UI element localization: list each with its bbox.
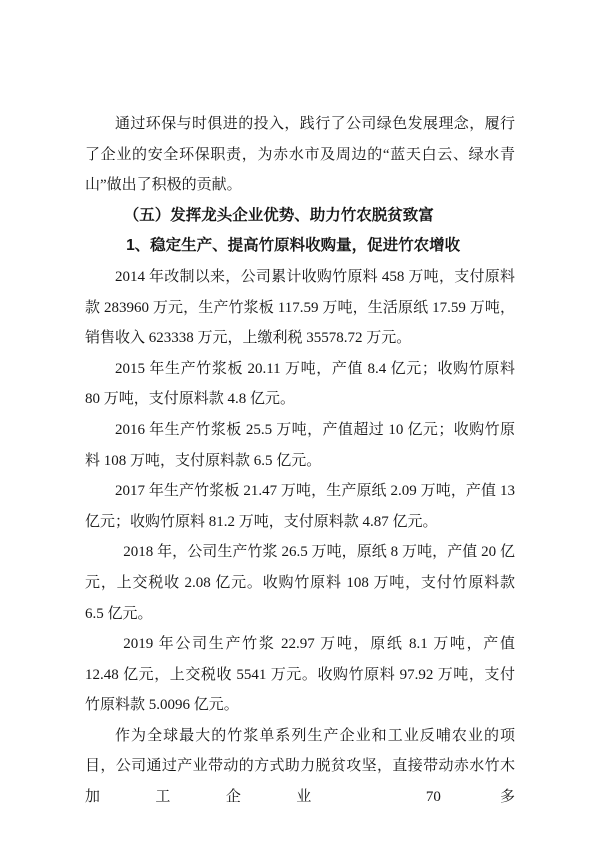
paragraph-2018: 2018 年，公司生产竹浆 26.5 万吨，原纸 8 万吨，产值 20 亿元，上…	[85, 537, 515, 629]
paragraph-2016: 2016 年生产竹浆板 25.5 万吨，产值超过 10 亿元；收购竹原料 108…	[85, 415, 515, 476]
paragraph-poverty-alleviation: 作为全球最大的竹浆单系列生产企业和工业反哺农业的项目，公司通过产业带动的方式助力…	[85, 721, 515, 813]
document-page: 通过环保与时俱进的投入，践行了公司绿色发展理念，履行了企业的安全环保职责，为赤水…	[0, 0, 600, 848]
paragraph-2014-summary: 2014 年改制以来，公司累计收购竹原料 458 万吨，支付原料款 283960…	[85, 262, 515, 354]
paragraph-environment-contribution: 通过环保与时俱进的投入，践行了公司绿色发展理念，履行了企业的安全环保职责，为赤水…	[85, 109, 515, 201]
paragraph-2015: 2015 年生产竹浆板 20.11 万吨，产值 8.4 亿元；收购竹原料 80 …	[85, 354, 515, 415]
paragraph-2017: 2017 年生产竹浆板 21.47 万吨，生产原纸 2.09 万吨，产值 13 …	[85, 476, 515, 537]
document-body: 通过环保与时俱进的投入，践行了公司绿色发展理念，履行了企业的安全环保职责，为赤水…	[85, 109, 515, 813]
section-heading-five: （五）发挥龙头企业优势、助力竹农脱贫致富	[85, 201, 515, 232]
paragraph-2019: 2019 年公司生产竹浆 22.97 万吨，原纸 8.1 万吨，产值 12.48…	[85, 629, 515, 721]
subsection-heading-one: 1、稳定生产、提高竹原料收购量，促进竹农增收	[85, 231, 515, 262]
